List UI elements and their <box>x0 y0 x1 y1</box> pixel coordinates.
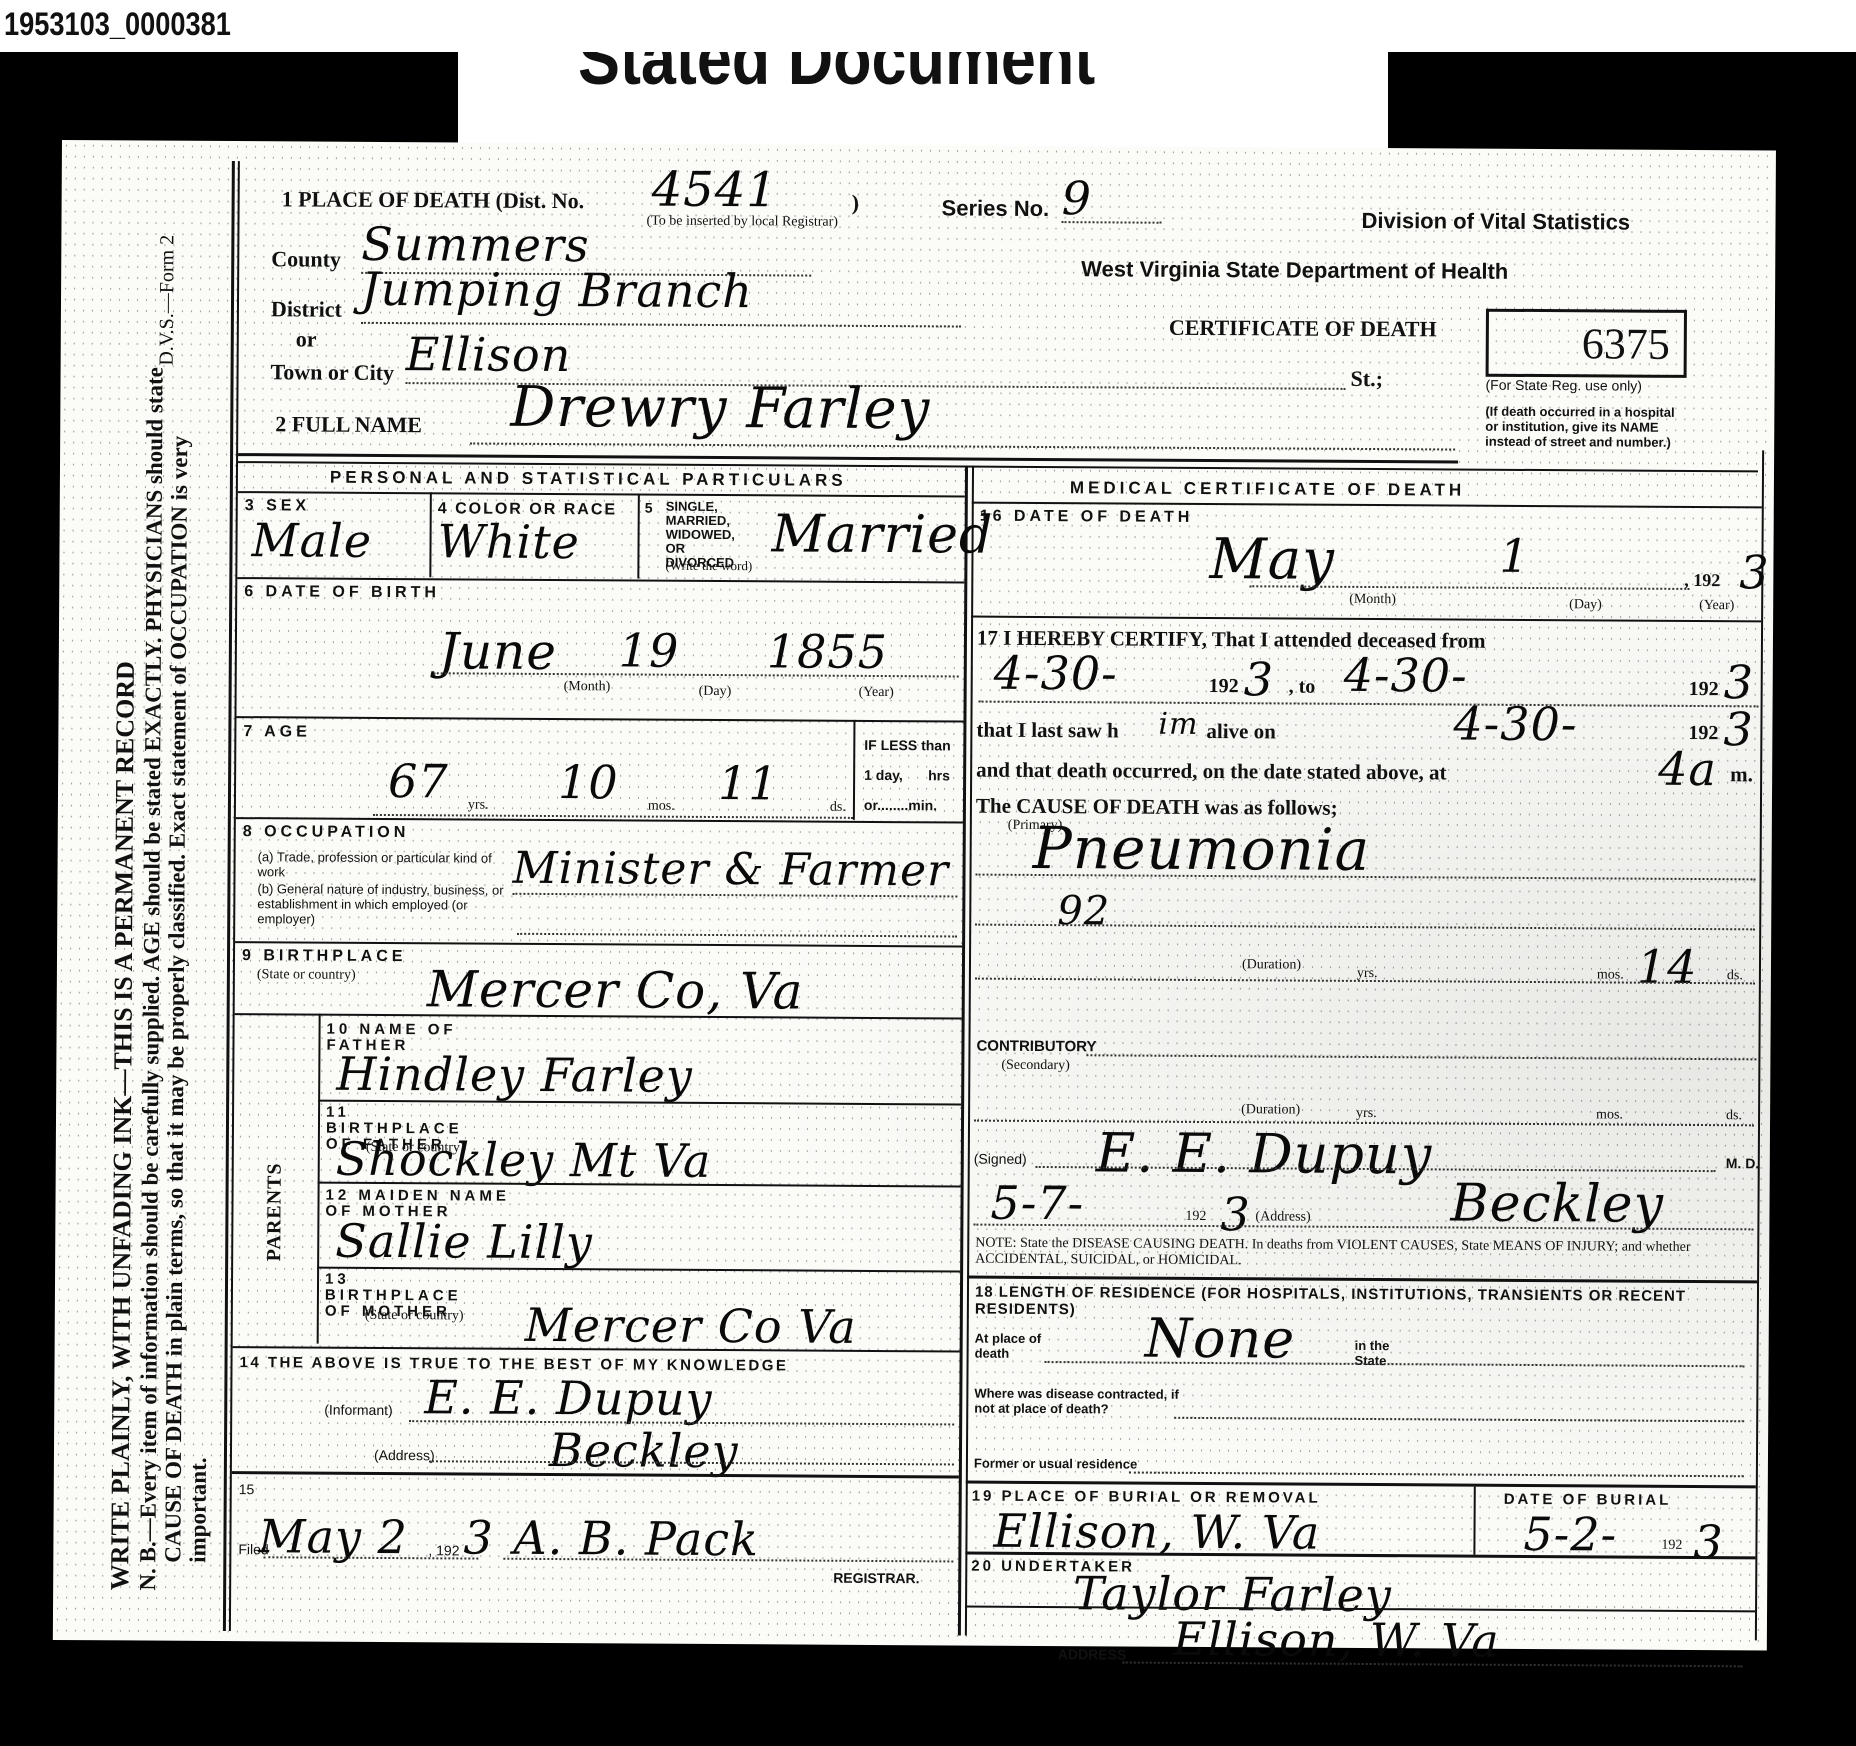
physician-address-label: (Address) <box>1255 1209 1310 1225</box>
occupation-value: Minister & Farmer <box>512 843 949 897</box>
margin-line-4: important. <box>185 1457 212 1591</box>
undertaker-address: Ellison, W. Va <box>1173 1612 1500 1668</box>
dod-month-note: (Month) <box>1349 592 1396 608</box>
undertaker-address-label: ADDRESS <box>1058 1646 1127 1662</box>
one-day-label: 1 day, <box>864 767 903 783</box>
divider <box>1473 1487 1475 1555</box>
parents-divider <box>317 1014 321 1344</box>
divider <box>971 616 1761 623</box>
former-residence-line <box>1129 1472 1744 1478</box>
ds-label: ds. <box>830 800 846 816</box>
attended-to: 4-30- <box>1344 648 1468 703</box>
department-title: West Virginia State Department of Health <box>1081 256 1508 285</box>
dob-day: 19 <box>619 623 680 677</box>
to-label: , to <box>1289 676 1316 699</box>
age-years: 67 <box>388 754 449 808</box>
employer-line <box>517 933 957 938</box>
dob-year: 1855 <box>767 624 888 679</box>
alive-on-text: alive on <box>1206 719 1276 744</box>
duration-yrs-2: yrs. <box>1356 1106 1377 1122</box>
address-label: (Address) <box>374 1447 435 1463</box>
mother-value: Sallie Lilly <box>335 1214 593 1270</box>
hrs-label: hrs <box>928 767 950 783</box>
signed-year-prefix: 192 <box>1185 1209 1206 1225</box>
m-label: m. <box>1730 762 1753 787</box>
personal-section-title: PERSONAL AND STATISTICAL PARTICULARS <box>330 468 847 491</box>
sex-value: Male <box>251 513 372 568</box>
street-label: St.; <box>1350 366 1383 392</box>
at-place-label: At place of death <box>975 1331 1045 1361</box>
town-value: Ellison <box>406 327 572 382</box>
burial-date: 5-2- <box>1523 1507 1617 1562</box>
medical-section-title: MEDICAL CERTIFICATE OF DEATH <box>1070 478 1465 500</box>
md-label: M. D. <box>1726 1155 1760 1171</box>
dist-no: 4541 <box>652 162 778 219</box>
divider <box>967 1276 1757 1284</box>
dist-note: (To be inserted by local Registrar) <box>646 214 838 231</box>
death-occurred-text: and that death occurred, on the date sta… <box>976 758 1447 786</box>
certificate-title: CERTIFICATE OF DEATH <box>1169 315 1437 343</box>
min-label: or........min. <box>864 797 937 813</box>
birthplace-note: (State or country) <box>257 967 356 984</box>
margin-instructions: D.V.S.—Form 2 WRITE PLAINLY, WITH UNFADI… <box>53 140 237 1641</box>
dist-close: ) <box>852 190 859 216</box>
duration-ds-2: ds. <box>1726 1108 1742 1124</box>
former-residence-label: Former or usual residence <box>974 1456 1137 1472</box>
last-saw-year: 3 <box>1723 702 1754 756</box>
informant-address: Beckley <box>549 1423 739 1478</box>
death-time: 4a <box>1658 742 1717 796</box>
scan-header-bar: 1953103_0000381 <box>0 0 1856 52</box>
full-name-line <box>470 442 1455 450</box>
dod-day: 1 <box>1499 529 1530 583</box>
yrs-label: yrs. <box>468 797 489 813</box>
age-label: 7 AGE <box>243 723 311 741</box>
signed-date: 5-7- <box>990 1176 1084 1231</box>
contributory-label: CONTRIBUTORY <box>976 1038 1096 1056</box>
mother-bp-note: (State or country) <box>365 1308 464 1325</box>
divider <box>853 720 856 820</box>
series-label: Series No. <box>942 195 1050 222</box>
father-value: Hindley Farley <box>336 1047 693 1103</box>
place-of-death-label: 1 PLACE OF DEATH (Dist. No. <box>282 186 585 214</box>
duration-label-2: (Duration) <box>1241 1102 1300 1118</box>
duration-label: (Duration) <box>1242 957 1301 973</box>
note-text: NOTE: State the DISEASE CAUSING DEATH. I… <box>975 1236 1755 1273</box>
state-reg-no: 6375 <box>1582 318 1670 370</box>
tab-title: Stated Document <box>578 52 1095 101</box>
or-label: or <box>296 326 317 352</box>
divider <box>429 492 432 577</box>
file-id: 1953103_0000381 <box>4 6 231 43</box>
last-saw-text: that I last saw h <box>976 718 1119 744</box>
filed-year-prefix: , 192 <box>428 1542 459 1558</box>
burial-year: 3 <box>1693 1515 1724 1569</box>
birthplace-label: 9 BIRTHPLACE <box>242 947 407 966</box>
dod-year-prefix: , 192 <box>1684 570 1720 591</box>
right-border <box>1755 450 1764 1640</box>
district-value: Jumping Branch <box>361 262 753 318</box>
birthplace-value: Mercer Co, Va <box>427 960 804 1020</box>
mother-birthplace-value: Mercer Co Va <box>525 1298 857 1354</box>
filed-number: 15 <box>239 1481 255 1497</box>
mos-label: mos. <box>648 799 675 815</box>
series-no: 9 <box>1061 171 1092 225</box>
from-year: 3 <box>1244 652 1275 706</box>
dod-day-note: (Day) <box>1569 597 1602 613</box>
age-months: 10 <box>558 755 619 809</box>
signed-label: (Signed) <box>974 1151 1027 1167</box>
divider <box>235 941 962 947</box>
divider <box>237 577 964 583</box>
day-note: (Day) <box>699 684 732 700</box>
full-name-label: 2 FULL NAME <box>275 411 422 438</box>
dod-label: 16 DATE OF DEATH <box>980 508 1194 527</box>
occupation-label: 8 OCCUPATION <box>243 823 410 842</box>
parents-label: PARENTS <box>263 1162 287 1261</box>
from-year-prefix: 192 <box>1209 675 1239 698</box>
hospital-note: (If death occurred in a hospital or inst… <box>1485 404 1675 450</box>
full-name: Drewry Farley <box>510 375 930 443</box>
race-value: White <box>437 514 580 569</box>
last-saw-date: 4-30- <box>1453 697 1577 752</box>
to-year-prefix: 192 <box>1689 678 1719 701</box>
physician-address: Beckley <box>1450 1174 1664 1235</box>
duration-mos-2: mos. <box>1596 1107 1623 1123</box>
death-certificate: D.V.S.—Form 2 WRITE PLAINLY, WITH UNFADI… <box>53 140 1776 1650</box>
occupation-a-note: (a) Trade, profession or particular kind… <box>257 849 517 881</box>
marital-value: Married <box>771 504 993 565</box>
secondary-label: (Secondary) <box>1001 1058 1070 1074</box>
divider <box>966 1481 1756 1489</box>
dob-label: 6 DATE OF BIRTH <box>244 583 440 602</box>
state-reg-note: (For State Reg. use only) <box>1485 377 1642 394</box>
residence-label: 18 LENGTH OF RESIDENCE (FOR HOSPITALS, I… <box>975 1284 1755 1323</box>
contributory-line <box>1086 1054 1756 1060</box>
county-label: County <box>271 246 341 272</box>
informant-label: (Informant) <box>324 1402 393 1418</box>
attended-from: 4-30- <box>994 646 1118 701</box>
dod-year-note: (Year) <box>1699 598 1734 614</box>
age-days: 11 <box>718 756 779 810</box>
signed-year: 3 <box>1220 1187 1251 1241</box>
contracted-label: Where was disease contracted, if not at … <box>974 1386 1194 1417</box>
dod-month: May <box>1209 527 1335 593</box>
town-label: Town or City <box>271 359 395 386</box>
father-birthplace-value: Shockley Mt Va <box>336 1132 712 1188</box>
burial-year-prefix: 192 <box>1661 1538 1682 1554</box>
marital-number: 5 <box>645 500 653 516</box>
divider <box>637 494 640 579</box>
form-id: D.V.S.—Form 2 <box>156 235 180 366</box>
registrar-label: REGISTRAR. <box>833 1570 919 1587</box>
duration-days: 14 <box>1637 940 1698 994</box>
marital-note: (Write the word) <box>665 558 752 575</box>
document-tab: Stated Document <box>458 52 1388 152</box>
month-note: (Month) <box>564 679 611 695</box>
physician-signature: E. E. Dupuy <box>1096 1121 1433 1186</box>
contracted-line <box>1174 1417 1744 1422</box>
year-note: (Year) <box>859 685 894 701</box>
last-saw-pronoun: im <box>1158 707 1198 742</box>
divider <box>238 491 965 497</box>
state-reg-box: 6375 <box>1486 309 1687 378</box>
less-than-label: IF LESS than <box>864 737 950 754</box>
occupation-b-note: (b) General nature of industry, business… <box>257 881 517 928</box>
age-note: 92 <box>1057 888 1110 934</box>
district-label: District <box>271 296 342 322</box>
informant-value: E. E. Dupuy <box>424 1370 713 1426</box>
dod-year: 3 <box>1739 545 1770 599</box>
division-title: Division of Vital Statistics <box>1361 208 1630 236</box>
